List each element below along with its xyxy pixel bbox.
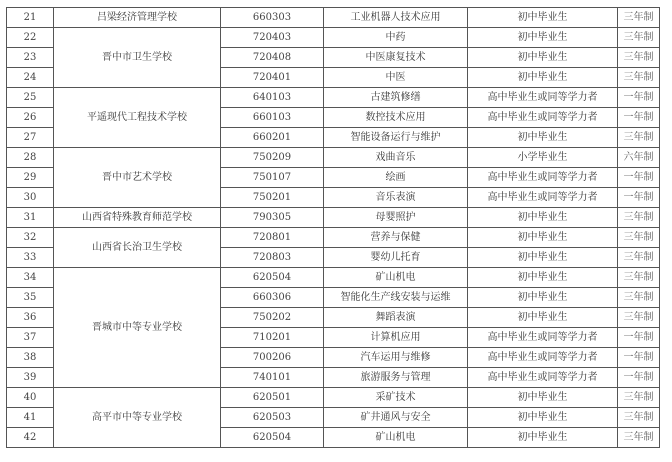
admission-requirement-cell: 高中毕业生或同等学力者 xyxy=(468,188,618,208)
row-number-cell: 23 xyxy=(7,48,54,68)
admission-requirement-cell: 初中毕业生 xyxy=(468,8,618,28)
table-row: 40高平市中等专业学校620501采矿技术初中毕业生三年制 xyxy=(7,388,660,408)
table-row: 22晋中市卫生学校720403中药初中毕业生三年制 xyxy=(7,28,660,48)
school-name-cell: 吕梁经济管理学校 xyxy=(54,8,221,28)
duration-cell: 一年制 xyxy=(618,368,660,388)
major-name-cell: 采矿技术 xyxy=(324,388,468,408)
duration-cell: 三年制 xyxy=(618,248,660,268)
row-number-cell: 35 xyxy=(7,288,54,308)
row-number-cell: 26 xyxy=(7,108,54,128)
row-number-cell: 32 xyxy=(7,228,54,248)
duration-cell: 三年制 xyxy=(618,408,660,428)
admission-requirement-cell: 初中毕业生 xyxy=(468,388,618,408)
major-code-cell: 720803 xyxy=(221,248,324,268)
major-name-cell: 绘画 xyxy=(324,168,468,188)
major-name-cell: 音乐表演 xyxy=(324,188,468,208)
school-name-cell: 山西省特殊教育师范学校 xyxy=(54,208,221,228)
admission-requirement-cell: 初中毕业生 xyxy=(468,428,618,448)
duration-cell: 三年制 xyxy=(618,388,660,408)
row-number-cell: 39 xyxy=(7,368,54,388)
major-code-cell: 720408 xyxy=(221,48,324,68)
school-name-cell: 晋中市艺术学校 xyxy=(54,148,221,208)
duration-cell: 三年制 xyxy=(618,228,660,248)
major-code-cell: 620501 xyxy=(221,388,324,408)
duration-cell: 一年制 xyxy=(618,188,660,208)
major-name-cell: 智能设备运行与维护 xyxy=(324,128,468,148)
duration-cell: 三年制 xyxy=(618,208,660,228)
major-code-cell: 710201 xyxy=(221,328,324,348)
duration-cell: 三年制 xyxy=(618,128,660,148)
table-row: 25平遥现代工程技术学校640103古建筑修缮高中毕业生或同等学力者一年制 xyxy=(7,88,660,108)
admission-requirement-cell: 初中毕业生 xyxy=(468,68,618,88)
major-name-cell: 中药 xyxy=(324,28,468,48)
row-number-cell: 21 xyxy=(7,8,54,28)
admission-requirement-cell: 高中毕业生或同等学力者 xyxy=(468,368,618,388)
table-row: 28晋中市艺术学校750209戏曲音乐小学毕业生六年制 xyxy=(7,148,660,168)
admission-requirement-cell: 高中毕业生或同等学力者 xyxy=(468,108,618,128)
admission-requirement-cell: 初中毕业生 xyxy=(468,268,618,288)
major-code-cell: 700206 xyxy=(221,348,324,368)
admission-requirement-cell: 初中毕业生 xyxy=(468,48,618,68)
admission-requirement-cell: 初中毕业生 xyxy=(468,308,618,328)
row-number-cell: 37 xyxy=(7,328,54,348)
major-code-cell: 620504 xyxy=(221,268,324,288)
enrollment-table: 21吕梁经济管理学校660303工业机器人技术应用初中毕业生三年制22晋中市卫生… xyxy=(6,7,660,448)
major-name-cell: 矿山机电 xyxy=(324,428,468,448)
major-code-cell: 660306 xyxy=(221,288,324,308)
major-name-cell: 矿山机电 xyxy=(324,268,468,288)
duration-cell: 一年制 xyxy=(618,328,660,348)
duration-cell: 一年制 xyxy=(618,108,660,128)
major-code-cell: 620504 xyxy=(221,428,324,448)
major-name-cell: 矿井通风与安全 xyxy=(324,408,468,428)
major-code-cell: 740101 xyxy=(221,368,324,388)
duration-cell: 三年制 xyxy=(618,288,660,308)
major-name-cell: 智能化生产线安装与运维 xyxy=(324,288,468,308)
duration-cell: 六年制 xyxy=(618,148,660,168)
major-code-cell: 720401 xyxy=(221,68,324,88)
row-number-cell: 42 xyxy=(7,428,54,448)
table-row: 31山西省特殊教育师范学校790305母婴照护初中毕业生三年制 xyxy=(7,208,660,228)
major-code-cell: 620503 xyxy=(221,408,324,428)
duration-cell: 三年制 xyxy=(618,48,660,68)
duration-cell: 三年制 xyxy=(618,28,660,48)
row-number-cell: 28 xyxy=(7,148,54,168)
school-name-cell: 山西省长治卫生学校 xyxy=(54,228,221,268)
admission-requirement-cell: 初中毕业生 xyxy=(468,208,618,228)
major-code-cell: 660303 xyxy=(221,8,324,28)
duration-cell: 一年制 xyxy=(618,88,660,108)
row-number-cell: 22 xyxy=(7,28,54,48)
duration-cell: 三年制 xyxy=(618,428,660,448)
major-code-cell: 790305 xyxy=(221,208,324,228)
admission-requirement-cell: 初中毕业生 xyxy=(468,28,618,48)
duration-cell: 三年制 xyxy=(618,308,660,328)
admission-requirement-cell: 高中毕业生或同等学力者 xyxy=(468,328,618,348)
major-name-cell: 中医康复技术 xyxy=(324,48,468,68)
school-name-cell: 晋城市中等专业学校 xyxy=(54,268,221,388)
major-code-cell: 640103 xyxy=(221,88,324,108)
admission-requirement-cell: 高中毕业生或同等学力者 xyxy=(468,88,618,108)
major-name-cell: 汽车运用与维修 xyxy=(324,348,468,368)
major-name-cell: 旅游服务与管理 xyxy=(324,368,468,388)
major-name-cell: 数控技术应用 xyxy=(324,108,468,128)
admission-requirement-cell: 高中毕业生或同等学力者 xyxy=(468,168,618,188)
major-name-cell: 古建筑修缮 xyxy=(324,88,468,108)
row-number-cell: 33 xyxy=(7,248,54,268)
major-code-cell: 660201 xyxy=(221,128,324,148)
major-name-cell: 中医 xyxy=(324,68,468,88)
major-code-cell: 750202 xyxy=(221,308,324,328)
major-code-cell: 720403 xyxy=(221,28,324,48)
admission-requirement-cell: 高中毕业生或同等学力者 xyxy=(468,348,618,368)
duration-cell: 一年制 xyxy=(618,168,660,188)
major-name-cell: 计算机应用 xyxy=(324,328,468,348)
admission-requirement-cell: 初中毕业生 xyxy=(468,128,618,148)
admission-requirement-cell: 初中毕业生 xyxy=(468,288,618,308)
major-name-cell: 戏曲音乐 xyxy=(324,148,468,168)
row-number-cell: 41 xyxy=(7,408,54,428)
row-number-cell: 36 xyxy=(7,308,54,328)
row-number-cell: 25 xyxy=(7,88,54,108)
admission-requirement-cell: 初中毕业生 xyxy=(468,228,618,248)
major-name-cell: 母婴照护 xyxy=(324,208,468,228)
row-number-cell: 29 xyxy=(7,168,54,188)
major-code-cell: 720801 xyxy=(221,228,324,248)
duration-cell: 三年制 xyxy=(618,8,660,28)
row-number-cell: 24 xyxy=(7,68,54,88)
row-number-cell: 34 xyxy=(7,268,54,288)
school-name-cell: 高平市中等专业学校 xyxy=(54,388,221,448)
duration-cell: 三年制 xyxy=(618,268,660,288)
row-number-cell: 31 xyxy=(7,208,54,228)
major-name-cell: 舞蹈表演 xyxy=(324,308,468,328)
duration-cell: 三年制 xyxy=(618,68,660,88)
major-code-cell: 750209 xyxy=(221,148,324,168)
row-number-cell: 40 xyxy=(7,388,54,408)
major-name-cell: 婴幼儿托育 xyxy=(324,248,468,268)
major-name-cell: 工业机器人技术应用 xyxy=(324,8,468,28)
table-row: 32山西省长治卫生学校720801营养与保健初中毕业生三年制 xyxy=(7,228,660,248)
major-name-cell: 营养与保健 xyxy=(324,228,468,248)
admission-requirement-cell: 小学毕业生 xyxy=(468,148,618,168)
major-code-cell: 750201 xyxy=(221,188,324,208)
table-row: 34晋城市中等专业学校620504矿山机电初中毕业生三年制 xyxy=(7,268,660,288)
duration-cell: 一年制 xyxy=(618,348,660,368)
school-name-cell: 晋中市卫生学校 xyxy=(54,28,221,88)
table-body: 21吕梁经济管理学校660303工业机器人技术应用初中毕业生三年制22晋中市卫生… xyxy=(7,8,660,448)
admission-requirement-cell: 初中毕业生 xyxy=(468,408,618,428)
school-name-cell: 平遥现代工程技术学校 xyxy=(54,88,221,148)
row-number-cell: 38 xyxy=(7,348,54,368)
row-number-cell: 30 xyxy=(7,188,54,208)
admission-requirement-cell: 初中毕业生 xyxy=(468,248,618,268)
table-row: 21吕梁经济管理学校660303工业机器人技术应用初中毕业生三年制 xyxy=(7,8,660,28)
major-code-cell: 750107 xyxy=(221,168,324,188)
row-number-cell: 27 xyxy=(7,128,54,148)
major-code-cell: 660103 xyxy=(221,108,324,128)
